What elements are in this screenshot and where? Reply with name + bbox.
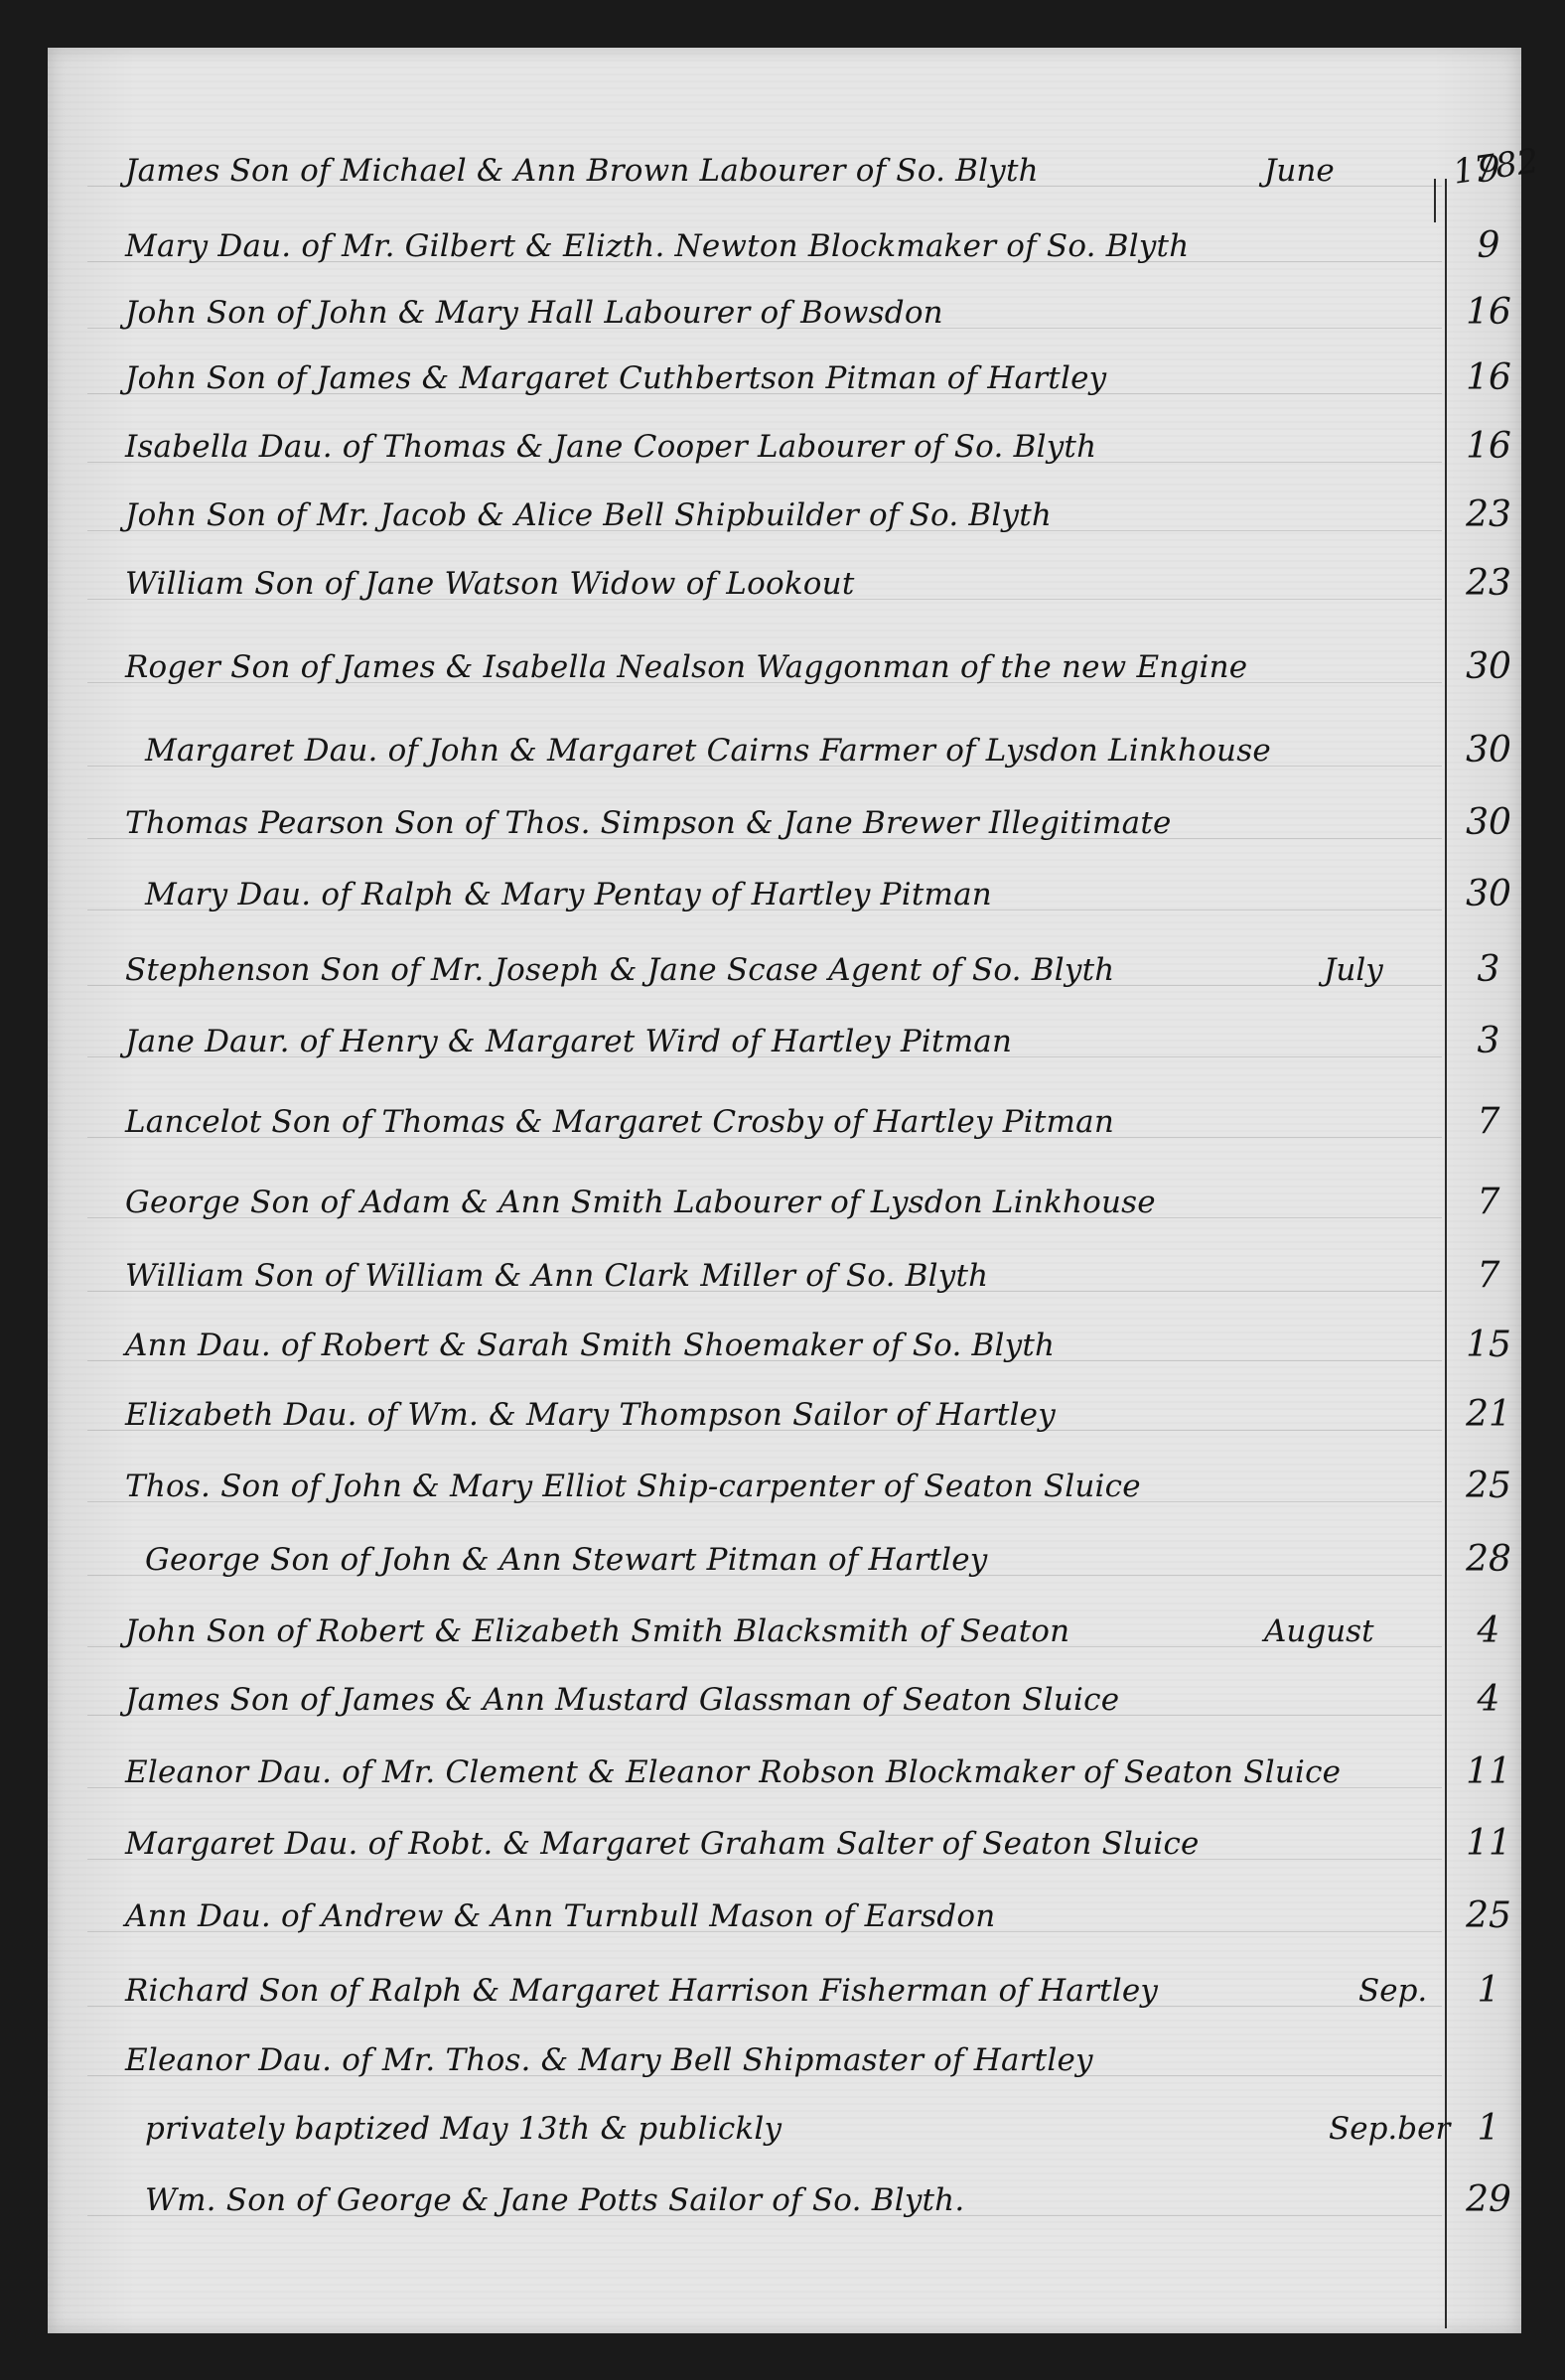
baptism-entry: Isabella Dau. of Thomas & Jane Cooper La…: [48, 413, 1521, 473]
entry-day: 3: [1456, 1021, 1521, 1061]
entry-day: 30: [1456, 874, 1521, 914]
entry-text: Ann Dau. of Robert & Sarah Smith Shoemak…: [125, 1328, 1055, 1363]
baptism-entry: James Son of Michael & Ann Brown Laboure…: [48, 137, 1521, 197]
entry-day: 7: [1456, 1255, 1521, 1296]
baptism-entry: privately baptized May 13th & publickly …: [48, 2095, 1521, 2155]
baptism-entry: George Son of John & Ann Stewart Pitman …: [48, 1526, 1521, 1586]
entry-day: 25: [1456, 1466, 1521, 1506]
entry-day: 7: [1456, 1182, 1521, 1222]
entry-text: Mary Dau. of Mr. Gilbert & Elizth. Newto…: [125, 228, 1189, 264]
entry-day: 30: [1456, 802, 1521, 843]
entry-day: 25: [1456, 1895, 1521, 1936]
entry-day: 11: [1456, 1823, 1521, 1864]
baptism-entry: Thos. Son of John & Mary Elliot Ship-car…: [48, 1453, 1521, 1512]
baptism-entry: Ann Dau. of Andrew & Ann Turnbull Mason …: [48, 1883, 1521, 1942]
entry-text: Elizabeth Dau. of Wm. & Mary Thompson Sa…: [125, 1397, 1056, 1433]
entry-day: 9: [1456, 150, 1521, 191]
entry-text: privately baptized May 13th & publickly: [145, 2111, 782, 2147]
baptism-entry: Thomas Pearson Son of Thos. Simpson & Ja…: [48, 789, 1521, 849]
entry-text: George Son of Adam & Ann Smith Labourer …: [125, 1185, 1156, 1220]
entry-text: James Son of James & Ann Mustard Glassma…: [125, 1682, 1119, 1718]
entry-text: Roger Son of James & Isabella Nealson Wa…: [125, 649, 1247, 685]
baptism-entry: John Son of James & Margaret Cuthbertson…: [48, 345, 1521, 404]
entry-day: 11: [1456, 1751, 1521, 1792]
baptism-entry: Mary Dau. of Mr. Gilbert & Elizth. Newto…: [48, 212, 1521, 272]
entry-day: 28: [1456, 1539, 1521, 1580]
baptism-entry: William Son of William & Ann Clark Mille…: [48, 1242, 1521, 1302]
entry-text: John Son of John & Mary Hall Labourer of…: [125, 295, 943, 331]
entry-text: Stephenson Son of Mr. Joseph & Jane Scas…: [125, 952, 1114, 988]
baptism-entry: William Son of Jane Watson Widow of Look…: [48, 550, 1521, 610]
entry-text: Isabella Dau. of Thomas & Jane Cooper La…: [125, 429, 1096, 465]
baptism-entry: Stephenson Son of Mr. Joseph & Jane Scas…: [48, 936, 1521, 996]
entry-day: 9: [1456, 225, 1521, 266]
baptism-entry: Margaret Dau. of Robt. & Margaret Graham…: [48, 1810, 1521, 1870]
entry-text: John Son of James & Margaret Cuthbertson…: [125, 360, 1106, 396]
entry-text: James Son of Michael & Ann Brown Laboure…: [125, 153, 1039, 189]
entry-text: John Son of Robert & Elizabeth Smith Bla…: [125, 1613, 1069, 1649]
entry-day: 16: [1456, 357, 1521, 398]
entry-day: 15: [1456, 1325, 1521, 1365]
baptism-entry: Margaret Dau. of John & Margaret Cairns …: [48, 717, 1521, 776]
baptism-entry: Richard Son of Ralph & Margaret Harrison…: [48, 1957, 1521, 2017]
entry-day: 1: [1456, 2108, 1521, 2149]
baptism-entry: Jane Daur. of Henry & Margaret Wird of H…: [48, 1008, 1521, 1067]
register-page: 1782 James Son of Michael & Ann Brown La…: [48, 48, 1521, 2333]
entry-day: 3: [1456, 949, 1521, 990]
baptism-entry: Ann Dau. of Robert & Sarah Smith Shoemak…: [48, 1312, 1521, 1371]
entry-text: Eleanor Dau. of Mr. Clement & Eleanor Ro…: [125, 1754, 1341, 1790]
entry-month: Sep.ber: [1329, 2111, 1450, 2147]
entry-day: 23: [1456, 494, 1521, 535]
entry-text: Ann Dau. of Andrew & Ann Turnbull Mason …: [125, 1898, 995, 1934]
entry-month: July: [1324, 952, 1383, 988]
entry-day: 23: [1456, 563, 1521, 604]
baptism-entry: John Son of John & Mary Hall Labourer of…: [48, 279, 1521, 339]
baptism-entry: John Son of Robert & Elizabeth Smith Bla…: [48, 1598, 1521, 1657]
entry-day: 16: [1456, 292, 1521, 333]
entry-day: 4: [1456, 1679, 1521, 1720]
entry-text: Thomas Pearson Son of Thos. Simpson & Ja…: [125, 805, 1172, 841]
baptism-entry: John Son of Mr. Jacob & Alice Bell Shipb…: [48, 482, 1521, 541]
entry-text: Jane Daur. of Henry & Margaret Wird of H…: [125, 1024, 1012, 1059]
entry-day: 30: [1456, 646, 1521, 687]
baptism-entry: Roger Son of James & Isabella Nealson Wa…: [48, 633, 1521, 693]
entry-day: 4: [1456, 1610, 1521, 1651]
entry-text: William Son of William & Ann Clark Mille…: [125, 1258, 988, 1294]
entry-month: Sep.: [1358, 1973, 1427, 2009]
entry-text: William Son of Jane Watson Widow of Look…: [125, 566, 855, 602]
entry-text: Thos. Son of John & Mary Elliot Ship-car…: [125, 1469, 1141, 1504]
entry-text: John Son of Mr. Jacob & Alice Bell Shipb…: [125, 497, 1052, 533]
entry-text: Mary Dau. of Ralph & Mary Pentay of Hart…: [145, 877, 992, 912]
baptism-entry: James Son of James & Ann Mustard Glassma…: [48, 1666, 1521, 1726]
entry-day: 30: [1456, 730, 1521, 770]
baptism-entry: Eleanor Dau. of Mr. Thos. & Mary Bell Sh…: [48, 2027, 1521, 2086]
baptism-entry: George Son of Adam & Ann Smith Labourer …: [48, 1169, 1521, 1228]
entry-day: 29: [1456, 2179, 1521, 2220]
baptism-entry: Elizabeth Dau. of Wm. & Mary Thompson Sa…: [48, 1381, 1521, 1441]
entry-month: June: [1264, 153, 1335, 189]
entry-text: Eleanor Dau. of Mr. Thos. & Mary Bell Sh…: [125, 2042, 1093, 2078]
entry-text: Wm. Son of George & Jane Potts Sailor of…: [145, 2182, 964, 2218]
entry-day: 7: [1456, 1101, 1521, 1142]
entry-day: 1: [1456, 1970, 1521, 2011]
entry-text: Margaret Dau. of Robt. & Margaret Graham…: [125, 1826, 1200, 1862]
entry-day: 21: [1456, 1394, 1521, 1435]
baptism-entry: Lancelot Son of Thomas & Margaret Crosby…: [48, 1088, 1521, 1148]
entry-text: Richard Son of Ralph & Margaret Harrison…: [125, 1973, 1158, 2009]
entry-text: George Son of John & Ann Stewart Pitman …: [145, 1542, 988, 1578]
baptism-entry: Eleanor Dau. of Mr. Clement & Eleanor Ro…: [48, 1739, 1521, 1798]
entry-text: Margaret Dau. of John & Margaret Cairns …: [145, 733, 1271, 769]
entry-day: 16: [1456, 426, 1521, 467]
entry-month: August: [1264, 1613, 1374, 1649]
baptism-entry: Mary Dau. of Ralph & Mary Pentay of Hart…: [48, 861, 1521, 920]
baptism-entry: Wm. Son of George & Jane Potts Sailor of…: [48, 2167, 1521, 2226]
entry-text: Lancelot Son of Thomas & Margaret Crosby…: [125, 1104, 1114, 1140]
